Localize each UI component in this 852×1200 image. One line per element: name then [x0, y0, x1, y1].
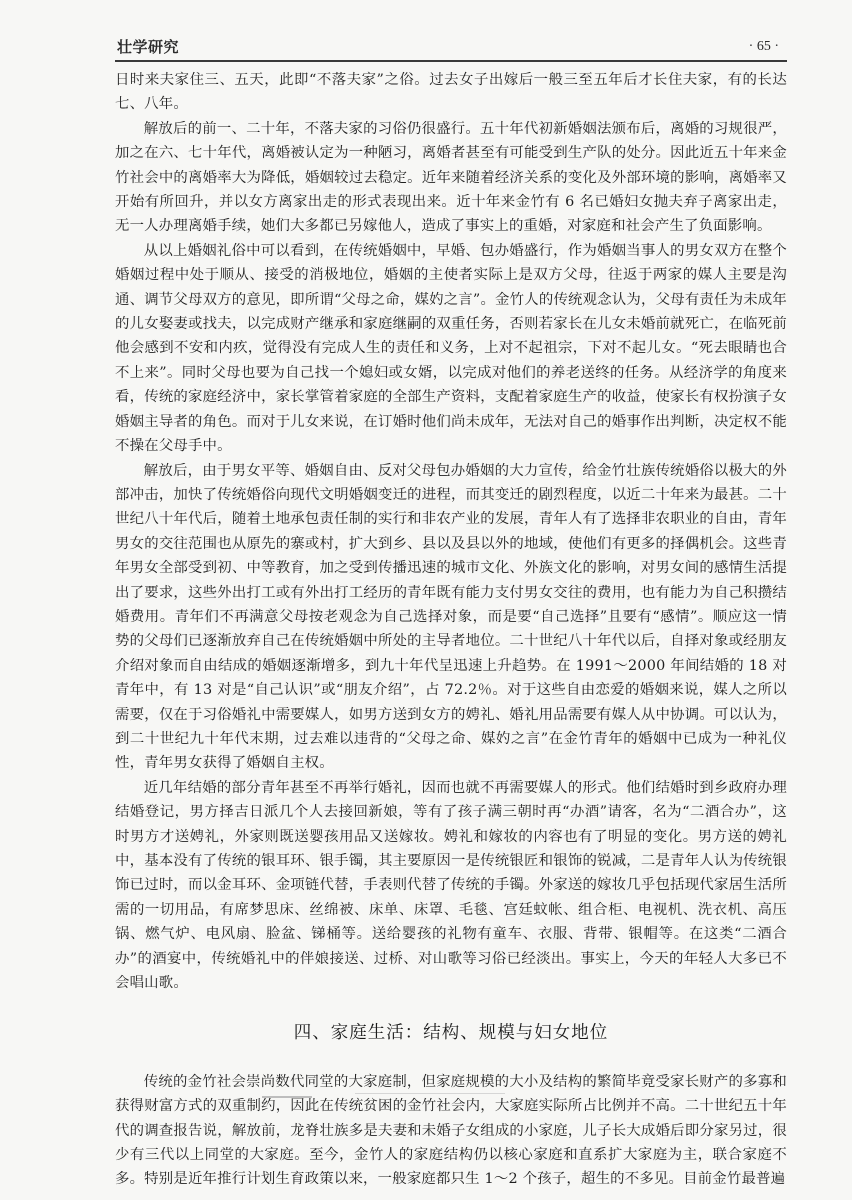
scan-artifact	[262, 1096, 312, 1098]
journal-title: 壮学研究	[117, 36, 179, 57]
paragraph: 解放后，由于男女平等、婚姻自由、反对父母包办婚姻的大力宣传，给金竹壮族传统婚俗以…	[115, 459, 787, 776]
paragraph: 解放后的前一、二十年，不落夫家的习俗仍很盛行。五十年代初新婚姻法颁布后，离婚的习…	[115, 117, 787, 239]
header-rule	[115, 60, 787, 62]
paragraph: 从以上婚姻礼俗中可以看到，在传统婚姻中，早婚、包办婚盛行，作为婚姻当事人的男女双…	[115, 239, 787, 459]
paragraph-continued: 日时来夫家住三、五天，此即“不落夫家”之俗。过去女子出嫁后一般三至五年后才长住夫…	[115, 68, 787, 117]
paragraph: 近几年结婚的部分青年甚至不再举行婚礼，因而也就不再需要媒人的形式。他们结婚时到乡…	[115, 776, 787, 996]
article-body: 日时来夫家住三、五天，此即“不落夫家”之俗。过去女子出嫁后一般三至五年后才长住夫…	[115, 68, 787, 1192]
paragraph: 传统的金竹社会崇尚数代同堂的大家庭制，但家庭规模的大小及结构的繁简毕竟受家长财产…	[115, 1070, 787, 1192]
scan-artifact	[355, 1093, 505, 1094]
page-number: · 65 ·	[749, 39, 779, 55]
section-heading: 四、家庭生活：结构、规模与妇女地位	[115, 1021, 787, 1045]
running-header: 壮学研究 · 65 ·	[115, 30, 787, 60]
